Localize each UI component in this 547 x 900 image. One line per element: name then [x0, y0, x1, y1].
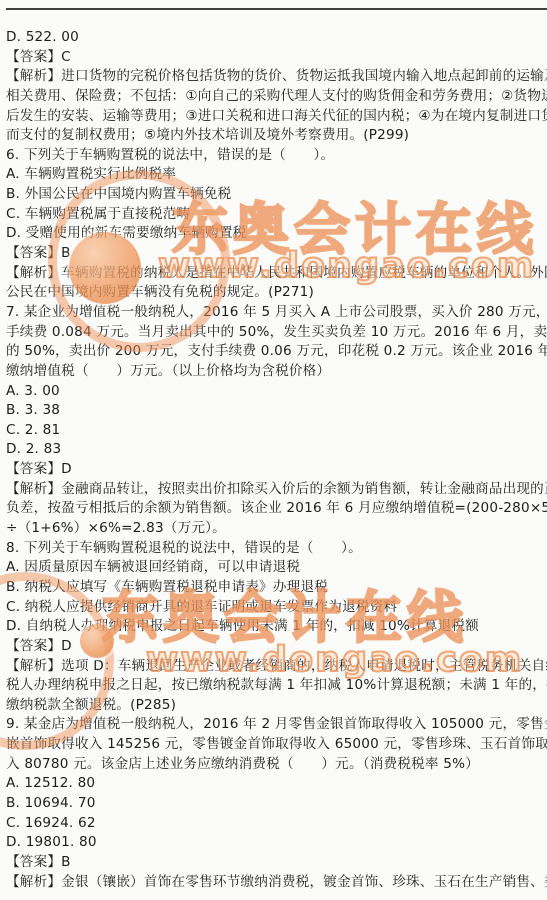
- text-line: 6. 下列关于车辆购置税的说法中，错误的是（ ）。: [6, 146, 544, 166]
- text-line: D. 受赠使用的新车需要缴纳车辆购置税: [6, 224, 544, 244]
- text-line: 【答案】C: [6, 48, 544, 68]
- text-line: 嵌首饰取得收入 145256 元，零售镀金首饰取得收入 65000 元，零售珍珠…: [6, 735, 544, 755]
- text-line: 【解析】进口货物的完税价格包括货物的货价、货物运抵我国境内输入地点起卸前的运输及: [6, 67, 544, 87]
- text-line: 8. 下列关于车辆购置税退税的说法中，错误的是（ ）。: [6, 539, 544, 559]
- text-line: 【解析】选项 D：车辆退回生产企业或者经销商的，纳税人申请退税时，主管税务机关自…: [6, 657, 544, 677]
- text-line: 而支付的复制权费用；⑤境内外技术培训及境外考察费用。(P299): [6, 126, 544, 146]
- text-line: B. 10694. 70: [6, 794, 544, 814]
- text-line: B. 3. 38: [6, 401, 544, 421]
- text-line: 【答案】B: [6, 853, 544, 873]
- text-line: B. 纳税人应填写《车辆购置税退税申请表》办理退税: [6, 578, 544, 598]
- text-line: 负差，按盈亏相抵后的余额为销售额。该企业 2016 年 6 月应缴纳增值税=(2…: [6, 499, 544, 519]
- top-rule-divider: [6, 8, 547, 10]
- text-line: 相关费用、保险费；不包括：①向自己的采购代理人支付的购货佣金和劳务费用；②货物进…: [6, 87, 544, 107]
- text-line: 【答案】D: [6, 637, 544, 657]
- text-line: 【答案】B: [6, 244, 544, 264]
- text-line: 9. 某金店为增值税一般纳税人，2016 年 2 月零售金银首饰取得收入 105…: [6, 715, 544, 735]
- text-line: A. 3. 00: [6, 382, 544, 402]
- text-line: 【答案】D: [6, 460, 544, 480]
- text-line: D. 522. 00: [6, 28, 544, 48]
- text-line: D. 2. 83: [6, 440, 544, 460]
- text-line: A. 车辆购置税实行比例税率: [6, 165, 544, 185]
- text-line: C. 2. 81: [6, 421, 544, 441]
- text-line: 公民在中国境内购置车辆没有免税的规定。(P271): [6, 283, 544, 303]
- document-text: D. 522. 00【答案】C【解析】进口货物的完税价格包括货物的货价、货物运抵…: [6, 28, 544, 892]
- text-line: D. 19801. 80: [6, 833, 544, 853]
- text-line: 【解析】金银（镶嵌）首饰在零售环节缴纳消费税，镀金首饰、珍珠、玉石在生产销售、委: [6, 873, 544, 893]
- text-line: 缴纳增值税（ ）万元。（以上价格均为含税价格）: [6, 362, 544, 382]
- scanned-page: D. 522. 00【答案】C【解析】进口货物的完税价格包括货物的货价、货物运抵…: [0, 0, 547, 900]
- text-line: 税人办理纳税申报之日起，按已缴纳税款每满 1 年扣减 10%计算退税额；未满 1…: [6, 676, 544, 696]
- text-line: 【解析】车辆购置税的纳税人是指在中华人民共和国境内购置应税车辆的单位和个人。外国: [6, 264, 544, 284]
- text-line: B. 外国公民在中国境内购置车辆免税: [6, 185, 544, 205]
- text-line: C. 纳税人应提供经销商开具的退车证明或退车发票作为退税资料: [6, 598, 544, 618]
- text-line: 入 80780 元。该金店上述业务应缴纳消费税（ ）元。（消费税税率 5%）: [6, 755, 544, 775]
- text-line: 【解析】金融商品转让，按照卖出价扣除买入价后的余额为销售额，转让金融商品出现的正: [6, 480, 544, 500]
- text-line: 缴纳税款全额退税。(P285): [6, 696, 544, 716]
- text-line: C. 车辆购置税属于直接税范畴: [6, 205, 544, 225]
- text-line: A. 因质量原因车辆被退回经销商，可以申请退税: [6, 558, 544, 578]
- text-line: D. 自纳税人办理纳税申报之日起车辆使用未满 1 年的，扣减 10%计算退税额: [6, 617, 544, 637]
- text-line: 的 50%，卖出价 200 万元，支付手续费 0.06 万元，印花税 0.2 万…: [6, 342, 544, 362]
- text-line: ÷（1+6%）×6%=2.83（万元）。: [6, 519, 544, 539]
- text-line: 后发生的安装、运输等费用；③进口关税和进口海关代征的国内税；④为在境内复制进口货…: [6, 107, 544, 127]
- text-line: A. 12512. 80: [6, 774, 544, 794]
- text-line: 手续费 0.084 万元。当月卖出其中的 50%，发生买卖负差 10 万元。20…: [6, 323, 544, 343]
- text-line: 7. 某企业为增值税一般纳税人，2016 年 5 月买入 A 上市公司股票，买入…: [6, 303, 544, 323]
- text-line: C. 16924. 62: [6, 814, 544, 834]
